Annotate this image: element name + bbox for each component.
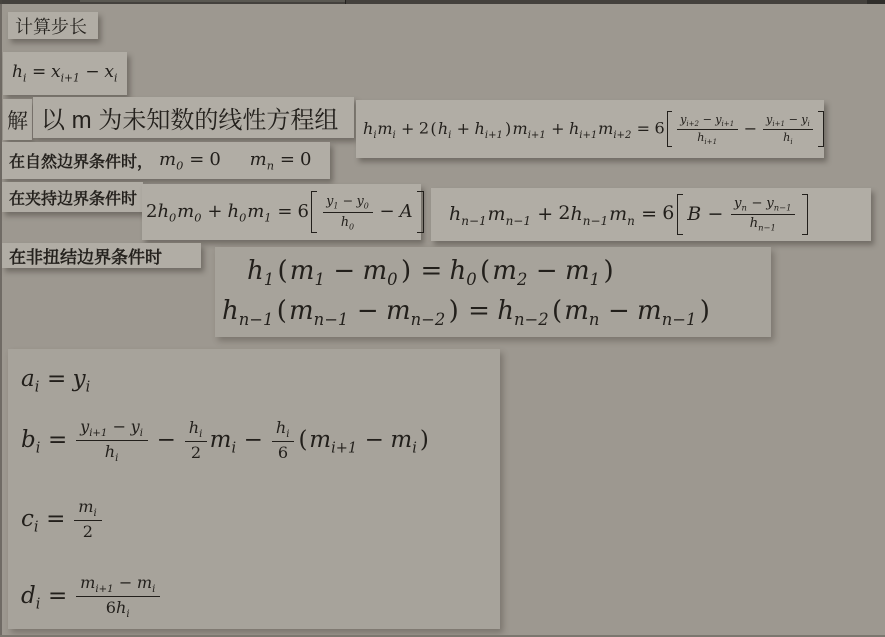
notaknot-eq-last: hn−1(mn−1−mn−2)=hn−2(mn−mn−1) (222, 295, 712, 329)
notes-canvas: 计算步长 hi=xi+1−xi 解 以 m 为未知数的线性方程组 himi+2(… (0, 0, 885, 637)
panel-clamped-eq-last[interactable]: hn−1mn−1+2hn−1mn=6B−yn−yn−1hn−1 (431, 188, 871, 241)
notaknot-eq-first: h1(m1−m0)=h0(m2−m1) (247, 255, 616, 289)
coefficient-b-formula: bi=yi+1−yihi−hi2mi−hi6(mi+1−mi) (21, 417, 431, 465)
natural-condition-label: 在自然边界条件时， (9, 149, 153, 172)
coefficient-a-formula: ai=yi (21, 365, 91, 395)
panel-natural-condition[interactable]: 在自然边界条件时， m0=0mn=0 (2, 142, 330, 179)
linear-system-heading-label: 以 m 为未知数的线性方程组 (41, 100, 338, 135)
step-formula: hi=xi+1−xi (12, 62, 118, 84)
natural-condition-formula: m0=0mn=0 (159, 149, 311, 172)
window-left-edge (0, 0, 2, 637)
panel-linear-system-heading[interactable]: 以 m 为未知数的线性方程组 (33, 97, 354, 138)
tridiagonal-equation: himi+2(hi+hi+1)mi+1+hi+1mi+2=6yi+2−yi+1h… (363, 111, 826, 147)
panel-clamped-eq-first[interactable]: 2h0m0+h0m1=6y1−y0h0−A (142, 184, 421, 240)
panel-step-title[interactable]: 计算步长 (8, 12, 98, 39)
clamped-eq-first: 2h0m0+h0m1=6y1−y0h0−A (146, 191, 426, 233)
top-bar-corner (867, 0, 885, 4)
step-title-label: 计算步长 (15, 13, 87, 39)
clamped-eq-last: hn−1mn−1+2hn−1mn=6B−yn−yn−1hn−1 (449, 194, 810, 234)
coefficient-d-formula: di=mi+1−mi6hi (21, 573, 163, 621)
panel-clamped-label[interactable]: 在夹持边界条件时 (2, 182, 143, 212)
notaknot-condition-label: 在非扭结边界条件时 (9, 243, 162, 268)
panel-notaknot-equations[interactable]: h1(m1−m0)=h0(m2−m1) hn−1(mn−1−mn−2)=hn−2… (215, 247, 771, 337)
panel-step-formula[interactable]: hi=xi+1−xi (3, 52, 127, 95)
solve-label: 解 (7, 105, 28, 135)
coefficient-c-formula: ci=mi2 (21, 497, 104, 542)
panel-solve-label[interactable]: 解 (3, 99, 32, 140)
top-bar-divider (345, 0, 346, 4)
panel-notaknot-label[interactable]: 在非扭结边界条件时 (2, 243, 201, 268)
panel-tridiagonal-equation[interactable]: himi+2(hi+hi+1)mi+1+hi+1mi+2=6yi+2−yi+1h… (356, 100, 824, 158)
window-top-bar (0, 0, 885, 4)
top-bar-highlight (80, 0, 345, 2)
panel-coefficients[interactable]: ai=yi bi=yi+1−yihi−hi2mi−hi6(mi+1−mi) ci… (8, 349, 500, 629)
clamped-condition-label: 在夹持边界条件时 (9, 186, 137, 209)
